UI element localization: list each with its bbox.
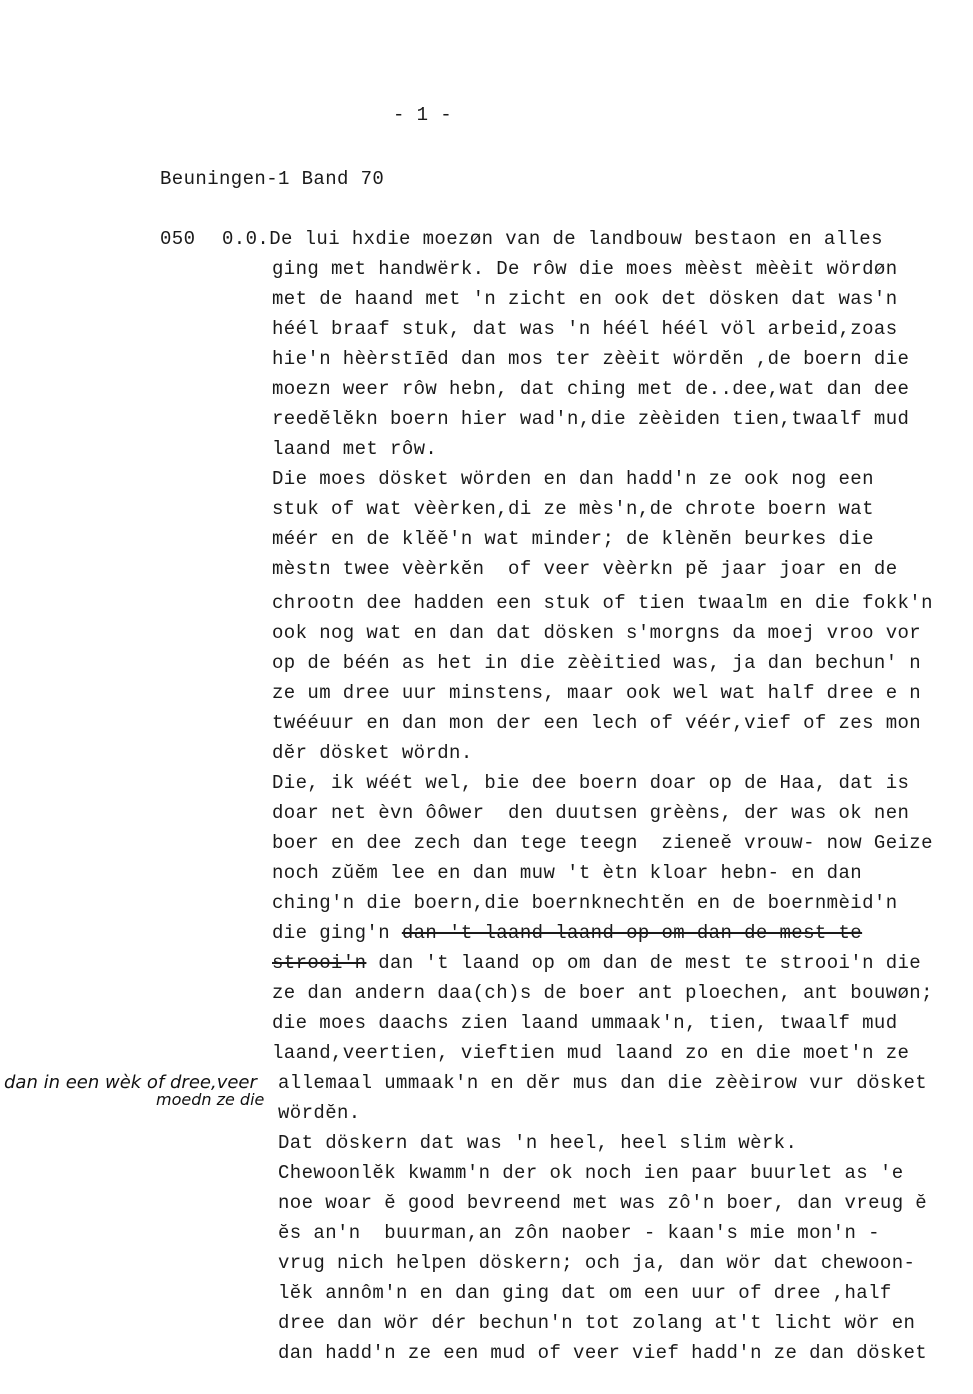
transcript-line: Chewoonlĕk kwamm'n der ok noch ien paar … [278, 1162, 904, 1184]
handwritten-margin-note-continued: moedn ze die [156, 1090, 264, 1109]
transcript-line: doar net èvn ôôwer den duutsen grèèns, d… [272, 802, 909, 824]
transcript-line: boer en dee zech dan tege teegn zieneĕ v… [272, 832, 933, 854]
transcript-line: strooi'n dan 't laand op om dan de mest … [272, 952, 921, 974]
transcript-line: reedĕlĕkn boern hier wad'n,die zèèiden t… [272, 408, 909, 430]
transcript-line: hie'n hèèrstīēd dan mos ter zèèit wördĕn… [272, 348, 909, 370]
transcript-line: noe woar ĕ good bevreend met was zô'n bo… [278, 1192, 927, 1214]
transcript-line: chrootn dee hadden een stuk of tien twaa… [272, 592, 933, 614]
transcript-line: ging met handwërk. De rôw die moes mèèst… [272, 258, 898, 280]
transcript-line: ze dan andern daa(ch)s de boer ant ploec… [272, 982, 933, 1004]
transcript-line: moezn weer rôw hebn, dat ching met de..d… [272, 378, 909, 400]
transcript-line: twééuur en dan mon der een lech of véér,… [272, 712, 921, 734]
transcript-line: vrug nich helpen döskern; och ja, dan wö… [278, 1252, 915, 1274]
transcript-line: mèstn twee vèèrkĕn of veer vèèrkn pĕ jaa… [272, 558, 898, 580]
transcript-line: 0.0.De lui hxdie moezøn van de landbouw … [222, 228, 883, 250]
transcript-line: Die moes dösket wörden en dan hadd'n ze … [272, 468, 874, 490]
transcript-line: dĕr dösket wördn. [272, 742, 473, 764]
transcript-line: lĕk annôm'n en dan ging dat om een uur o… [278, 1282, 892, 1304]
page-number: - 1 - [393, 104, 452, 126]
transcript-line: die moes daachs zien laand ummaak'n, tie… [272, 1012, 898, 1034]
struck-text: dan 't laand laand op om dan de mest te [402, 922, 862, 944]
transcript-line: Die, ik wéét wel, bie dee boern doar op … [272, 772, 909, 794]
transcript-line: met de haand met 'n zicht en ook det dös… [272, 288, 898, 310]
transcript-line: noch zŭĕm lee en dan muw 't ètn kloar he… [272, 862, 862, 884]
segment-code: 050 [160, 228, 195, 250]
transcript-line: méér en de klĕĕ'n wat minder; de klènĕn … [272, 528, 874, 550]
transcript-line: ching'n die boern,die boernknechtĕn en d… [272, 892, 898, 914]
transcript-line: Dat döskern dat was 'n heel, heel slim w… [278, 1132, 797, 1154]
transcript-line: allemaal ummaak'n en dĕr mus dan die zèè… [278, 1072, 927, 1094]
document-page: - 1 - Beuningen-1 Band 70 050 0.0.De lui… [0, 0, 973, 1394]
transcript-line: op de béén as het in die zèèitied was, j… [272, 652, 921, 674]
transcript-line: laand met rôw. [272, 438, 437, 460]
transcript-line: stuk of wat vèèrken,di ze mès'n,de chrot… [272, 498, 874, 520]
transcript-line: dan hadd'n ze een mud of veer vief hadd'… [278, 1342, 927, 1364]
transcript-line: laand,veertien, vieftien mud laand zo en… [272, 1042, 909, 1064]
transcript-line: ze um dree uur minstens, maar ook wel wa… [272, 682, 921, 704]
transcript-line: dree dan wör dér bechun'n tot zolang at'… [278, 1312, 915, 1334]
transcript-line: ĕs an'n buurman,an zôn naober - kaan's m… [278, 1222, 880, 1244]
transcript-line: héél braaf stuk, dat was 'n héél héél vö… [272, 318, 898, 340]
transcript-line: die ging'n dan 't laand laand op om dan … [272, 922, 862, 944]
document-header: Beuningen-1 Band 70 [160, 168, 384, 190]
struck-text: strooi'n [272, 952, 366, 974]
transcript-line: ook nog wat en dan dat dösken s'morgns d… [272, 622, 921, 644]
transcript-line: wördĕn. [278, 1102, 361, 1124]
